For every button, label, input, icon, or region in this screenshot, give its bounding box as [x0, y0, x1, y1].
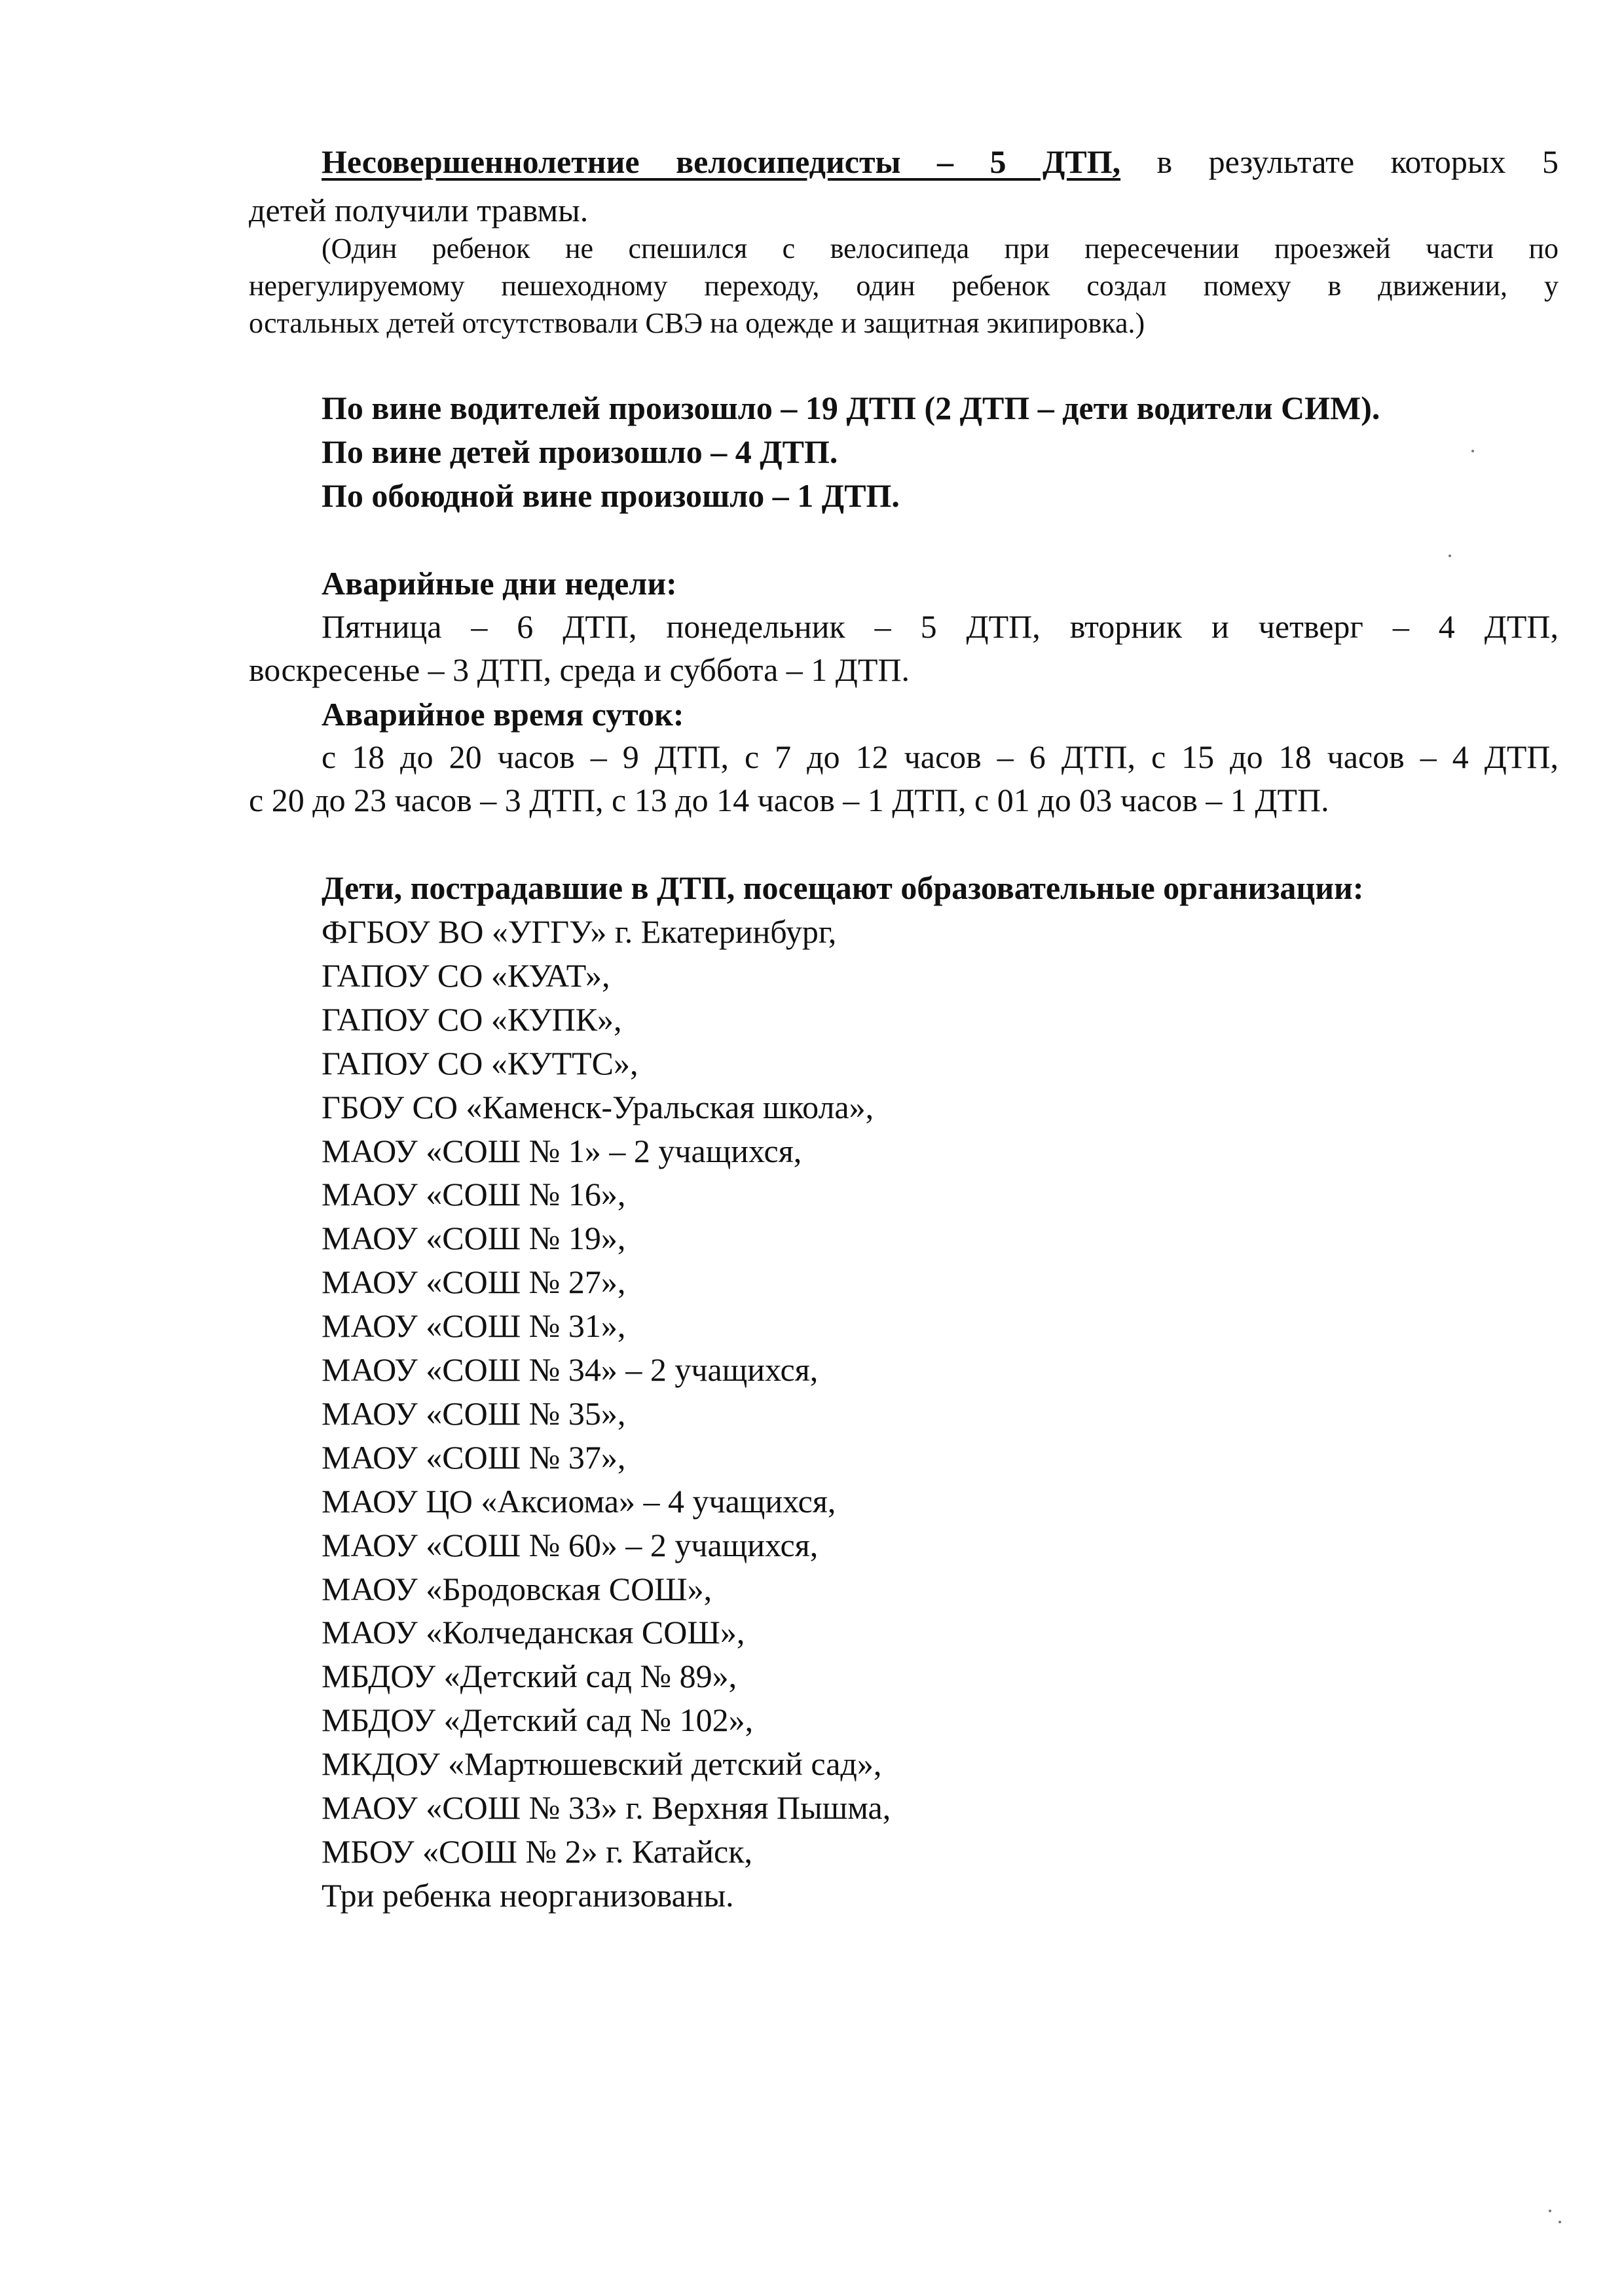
cyclists-note-line-2: нерегулируемому пешеходному переходу, од… [249, 272, 1559, 301]
time-line-2: с 20 до 23 часов – 3 ДТП, с 13 до 14 час… [249, 784, 1329, 816]
org-list-item: ГБОУ СО «Каменск-Уральская школа», [322, 1091, 874, 1123]
org-list-item: МАОУ «СОШ № 37», [322, 1441, 625, 1474]
scan-speck [1549, 2210, 1551, 2212]
org-list-item: МАОУ ЦО «Аксиома» – 4 учащихся, [322, 1485, 836, 1518]
org-list-item: МАОУ «СОШ № 19», [322, 1222, 625, 1254]
cyclists-note-line-3: остальных детей отсутствовали СВЭ на оде… [249, 309, 1145, 338]
org-list-item: МКДОУ «Мартюшевский детский сад», [322, 1747, 881, 1780]
org-list-item: МАОУ «СОШ № 31», [322, 1309, 625, 1342]
cyclists-line2: детей получили травмы. [249, 194, 588, 227]
org-list-item: МБДОУ «Детский сад № 102», [322, 1704, 753, 1736]
document-page: Несовершеннолетние велосипедисты – 5 ДТП… [0, 0, 1624, 2296]
fault-children: По вине детей произошло – 4 ДТП. [322, 435, 838, 468]
org-list-item: МАОУ «СОШ № 16», [322, 1178, 625, 1211]
org-list-item: МАОУ «СОШ № 27», [322, 1266, 625, 1298]
org-list-item: МАОУ «СОШ № 60» – 2 учащихся, [322, 1529, 818, 1561]
fault-mutual: По обоюдной вине произошло – 1 ДТП. [322, 479, 900, 512]
fault-drivers: По вине водителей произошло – 19 ДТП (2 … [322, 392, 1380, 424]
cyclists-note-line-1: (Один ребенок не спешился с велосипеда п… [249, 234, 1559, 263]
scan-speck [1449, 555, 1451, 557]
org-list-item: ГАПОУ СО «КУПК», [322, 1003, 622, 1036]
org-list-item: МБОУ «СОШ № 2» г. Катайск, [322, 1835, 752, 1868]
orgs-heading: Дети, пострадавшие в ДТП, посещают образ… [322, 871, 1363, 904]
org-list-item: МАОУ «СОШ № 1» – 2 учащихся, [322, 1135, 802, 1167]
org-list-item: МАОУ «Бродовская СОШ», [322, 1573, 712, 1605]
time-heading: Аварийное время суток: [322, 698, 684, 731]
org-list-item: МАОУ «Колчеданская СОШ», [322, 1616, 745, 1649]
org-list-item: ГАПОУ СО «КУТТС», [322, 1047, 638, 1080]
org-list-item: ФГБОУ ВО «УГГУ» г. Екатеринбург, [322, 915, 836, 948]
org-list-item: МАОУ «СОШ № 34» – 2 учащихся, [322, 1353, 818, 1386]
org-list-item: ГАПОУ СО «КУАТ», [322, 959, 610, 992]
scan-speck [1559, 2221, 1561, 2223]
cyclists-heading-rest: в результате которых 5 [1120, 143, 1559, 180]
org-list-item: МБДОУ «Детский сад № 89», [322, 1660, 737, 1692]
days-heading: Аварийные дни недели: [322, 567, 677, 600]
days-line-2: воскресенье – 3 ДТП, среда и суббота – 1… [249, 653, 910, 686]
days-line-1: Пятница – 6 ДТП, понедельник – 5 ДТП, вт… [249, 610, 1559, 643]
org-list-item: МАОУ «СОШ № 35», [322, 1397, 625, 1430]
org-list-item: МАОУ «СОШ № 33» г. Верхняя Пышма, [322, 1791, 891, 1824]
scan-speck [1471, 450, 1474, 452]
cyclists-heading: Несовершеннолетние велосипедисты – 5 ДТП… [322, 143, 1120, 180]
cyclists-heading-line: Несовершеннолетние велосипедисты – 5 ДТП… [249, 145, 1559, 178]
orgs-unorganized-note: Три ребенка неорганизованы. [322, 1879, 734, 1912]
time-line-1: с 18 до 20 часов – 9 ДТП, с 7 до 12 часо… [249, 740, 1559, 773]
